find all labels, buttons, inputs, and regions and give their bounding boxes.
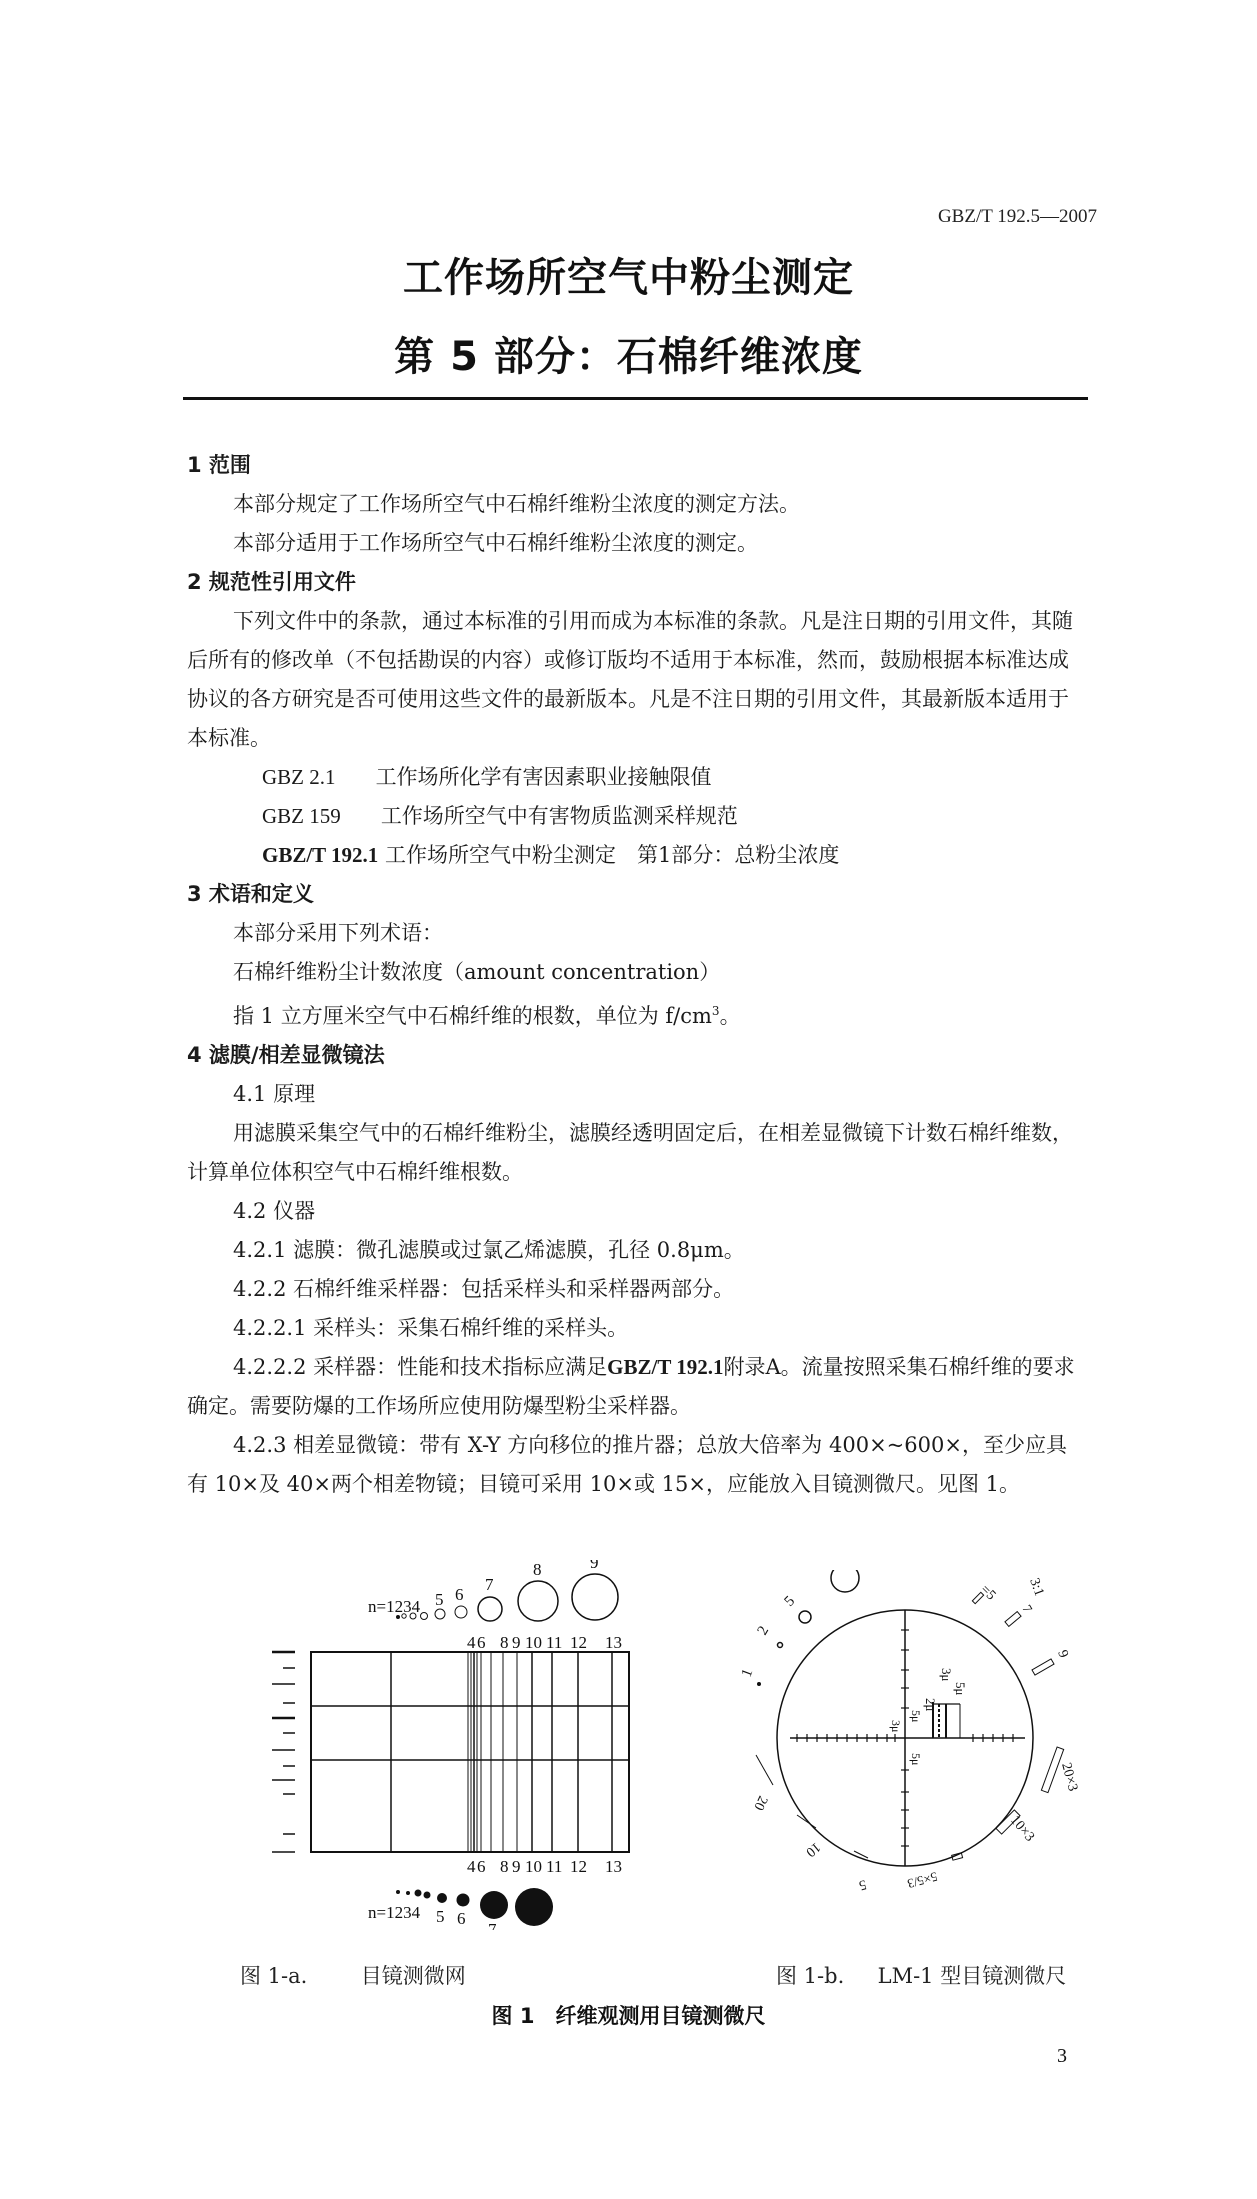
label: 5	[436, 1907, 445, 1926]
paragraph: 本部分适用于工作场所空气中石棉纤维粉尘浓度的测定。	[187, 524, 1087, 563]
label: 2μ	[923, 1698, 938, 1712]
label: 9	[512, 1857, 521, 1876]
reference-item: GBZ/T 192.1 工作场所空气中粉尘测定 第1部分：总粉尘浓度	[187, 836, 1087, 875]
superscript: 3	[712, 1004, 720, 1018]
reference-title: 工作场所空气中粉尘测定 第1部分：总粉尘浓度	[385, 843, 839, 867]
section-4-heading: 4 滤膜/相差显微镜法	[187, 1036, 1087, 1075]
label: 6	[477, 1633, 486, 1652]
label: 8	[529, 1928, 538, 1930]
reference-item: GBZ 159 工作场所空气中有害物质监测采样规范	[187, 797, 1087, 836]
title-line-2: 第 5 部分：石棉纤维浓度	[0, 325, 1257, 382]
caption-number: 图 1-b.	[776, 1964, 844, 1988]
label: 10	[525, 1857, 542, 1876]
figure-1-caption: 图 1 纤维观测用目镜测微尺	[0, 2000, 1257, 2030]
label: 11	[546, 1857, 562, 1876]
paragraph: 本部分采用下列术语：	[187, 914, 1087, 953]
clause: 4.2.2 石棉纤维采样器：包括采样头和采样器两部分。	[187, 1270, 1087, 1309]
figure-1b-lm1-micrometer: 2μ 3μ 5μ 3μ 5μ 5μ 5 2 1 =5 7 3:1 9 20×3 …	[740, 1570, 1110, 1930]
label: 8	[500, 1633, 509, 1652]
label: 3μ	[939, 1668, 954, 1682]
reference-item: GBZ 2.1 工作场所化学有害因素职业接触限值	[187, 758, 1087, 797]
label: 10×3	[1007, 1813, 1037, 1845]
label: =5	[977, 1582, 998, 1603]
label: 20	[750, 1793, 770, 1812]
section-1-heading: 1 范围	[187, 446, 1087, 485]
caption-number: 图 1-a.	[240, 1964, 307, 1988]
definition: 指 1 立方厘米空气中石棉纤维的根数，单位为 f/cm3。	[187, 992, 1087, 1036]
figure-1a-caption: 图 1-a. 目镜测微网	[240, 1960, 466, 1990]
clause: 4.2.2.1 采样头：采集石棉纤维的采样头。	[187, 1309, 1087, 1348]
paragraph: 下列文件中的条款，通过本标准的引用而成为本标准的条款。凡是注日期的引用文件，其随…	[187, 602, 1087, 758]
clause: 4.2.1 滤膜：微孔滤膜或过氯乙烯滤膜，孔径 0.8μm。	[187, 1231, 1087, 1270]
label: 5×5/3	[906, 1869, 939, 1891]
clause: 4.2.2.2 采样器：性能和技术指标应满足GBZ/T 192.1附录A。流量按…	[187, 1348, 1087, 1426]
reference-code: GBZ 2.1	[262, 765, 336, 789]
paragraph: 用滤膜采集空气中的石棉纤维粉尘，滤膜经透明固定后，在相差显微镜下计数石棉纤维数，…	[187, 1114, 1087, 1192]
label: 5μ	[953, 1682, 968, 1696]
label: 7	[485, 1575, 494, 1594]
reference-title: 工作场所空气中有害物质监测采样规范	[381, 804, 738, 828]
label: 7	[488, 1920, 497, 1930]
label: 10	[525, 1633, 542, 1652]
label: 11	[546, 1633, 562, 1652]
caption-text: 目镜测微网	[361, 1964, 466, 1988]
figure-1a-graticule: n=1234 5 6 7 8 9 4 6 8 9 10 11 12 13	[255, 1560, 675, 1930]
label: 13	[605, 1633, 622, 1652]
label: 13	[605, 1857, 622, 1876]
title-line-1: 工作场所空气中粉尘测定	[0, 246, 1257, 303]
reference-title: 工作场所化学有害因素职业接触限值	[376, 765, 712, 789]
section-2-heading: 2 规范性引用文件	[187, 563, 1087, 602]
n-label-bottom: n=1234	[368, 1903, 421, 1922]
label: 5μ	[909, 1753, 923, 1765]
label: 8	[500, 1857, 509, 1876]
caption-text: LM-1 型目镜测微尺	[878, 1964, 1067, 1988]
label: 20×3	[1058, 1761, 1080, 1793]
definition-end: 。	[720, 1004, 741, 1028]
label: 5	[435, 1590, 444, 1609]
subsection-heading: 4.2 仪器	[187, 1192, 1087, 1231]
title-rule	[183, 397, 1088, 400]
page-number: 3	[1057, 2045, 1067, 2068]
clause-bold-ref: GBZ/T 192.1	[607, 1355, 723, 1379]
label: 5	[857, 1876, 868, 1892]
reference-code: GBZ 159	[262, 804, 341, 828]
label: 5μ	[909, 1710, 923, 1722]
label: 3:1	[1026, 1576, 1046, 1598]
paragraph: 本部分规定了工作场所空气中石棉纤维粉尘浓度的测定方法。	[187, 485, 1087, 524]
label: 9	[590, 1560, 599, 1572]
subsection-heading: 4.1 原理	[187, 1075, 1087, 1114]
label: 6	[477, 1857, 486, 1876]
label: 9	[512, 1633, 521, 1652]
label: 5	[782, 1593, 799, 1610]
label: 10	[803, 1839, 823, 1859]
label: 8	[533, 1560, 542, 1579]
label: 1	[740, 1667, 756, 1680]
standard-code: GBZ/T 192.5—2007	[938, 206, 1097, 228]
label: 6	[457, 1909, 466, 1928]
clause: 4.2.3 相差显微镜：带有 X-Y 方向移位的推片器；总放大倍率为 400×~…	[187, 1426, 1087, 1504]
label: 2	[755, 1624, 773, 1638]
label: 9	[1054, 1648, 1070, 1660]
term: 石棉纤维粉尘计数浓度（amount concentration）	[187, 953, 1087, 992]
definition-text: 指 1 立方厘米空气中石棉纤维的根数，单位为 f/cm	[233, 1004, 712, 1028]
label: 12	[570, 1857, 587, 1876]
document-body: 1 范围 本部分规定了工作场所空气中石棉纤维粉尘浓度的测定方法。 本部分适用于工…	[187, 446, 1087, 1504]
label: 3μ	[889, 1720, 903, 1732]
label: 7	[1019, 1602, 1035, 1616]
label: 6	[455, 1585, 464, 1604]
label: 12	[570, 1633, 587, 1652]
figure-1b-caption: 图 1-b. LM-1 型目镜测微尺	[776, 1960, 1066, 1990]
reference-code: GBZ/T 192.1	[262, 843, 378, 867]
label: 4	[467, 1857, 476, 1876]
label: 4	[467, 1633, 476, 1652]
section-3-heading: 3 术语和定义	[187, 875, 1087, 914]
clause-text: 4.2.2.2 采样器：性能和技术指标应满足	[233, 1355, 607, 1379]
